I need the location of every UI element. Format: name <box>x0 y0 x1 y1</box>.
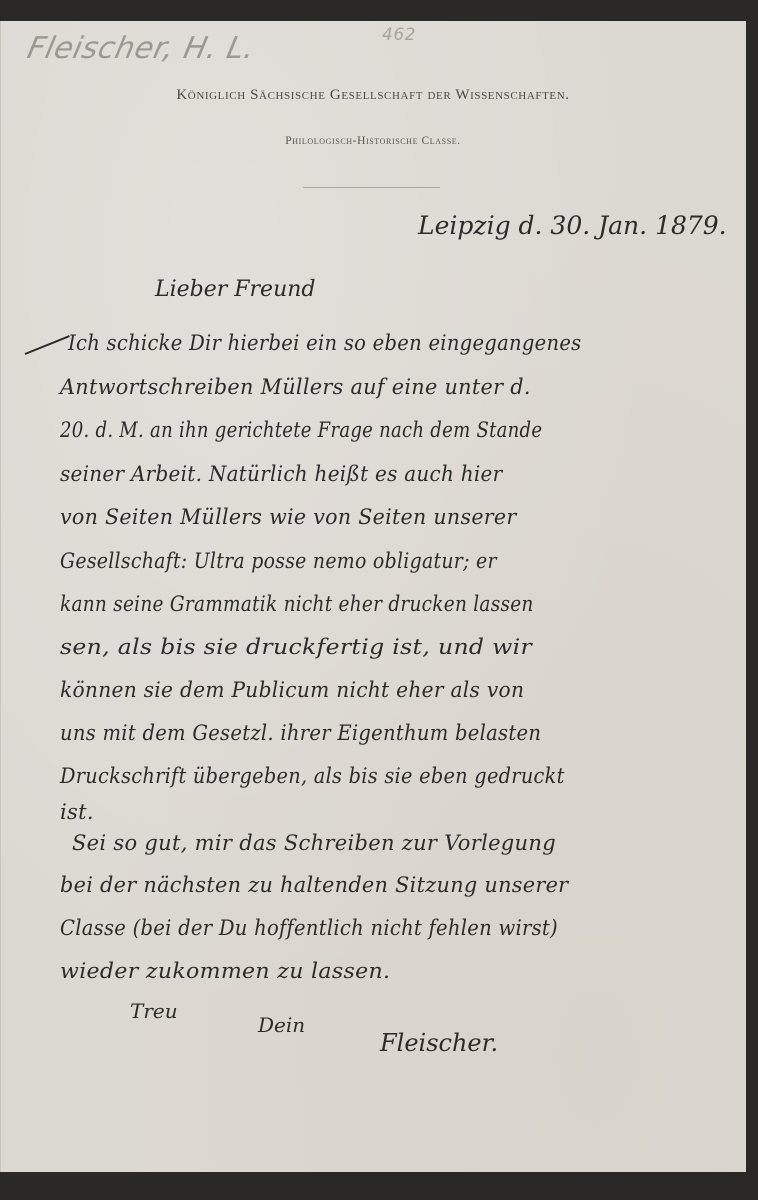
body-line: Sei so gut, mir das Schreiben zur Vorleg… <box>72 831 556 855</box>
body-line: Antwortschreiben Müllers auf eine unter … <box>60 375 531 399</box>
opening-flourish <box>25 335 70 355</box>
signature: Fleischer. <box>380 1029 498 1057</box>
salutation: Lieber Freund <box>155 277 316 302</box>
closing-treu: Treu <box>130 999 178 1023</box>
letter-page: Fleischer, H. L. 462 Königlich Sächsisch… <box>0 21 746 1172</box>
body-line: sen, als bis sie druckfertig ist, und wi… <box>60 635 532 659</box>
body-line: wieder zukommen zu lassen. <box>60 959 390 983</box>
body-line: Ich schicke Dir hierbei ein so eben eing… <box>68 331 581 355</box>
closing-dein: Dein <box>258 1013 305 1037</box>
body-line: von Seiten Müllers wie von Seiten unsere… <box>60 505 517 529</box>
archive-pencil-number: 462 <box>382 25 416 45</box>
body-line: kann seine Grammatik nicht eher drucken … <box>60 592 534 616</box>
date-line: Leipzig d. 30. Jan. 1879. <box>418 211 727 240</box>
body-line: seiner Arbeit. Natürlich heißt es auch h… <box>60 462 502 486</box>
letterhead-class: Philologisch-Historische Classe. <box>0 135 746 147</box>
archive-pencil-name: Fleischer, H. L. <box>24 31 258 66</box>
body-line: Gesellschaft: Ultra posse nemo obligatur… <box>60 549 497 573</box>
body-line: Druckschrift übergeben, als bis sie eben… <box>60 764 565 788</box>
body-line: Classe (bei der Du hoffentlich nicht feh… <box>60 916 558 940</box>
body-line: ist. <box>60 800 94 824</box>
body-line: können sie dem Publicum nicht eher als v… <box>60 678 524 702</box>
body-line: 20. d. M. an ihn gerichtete Frage nach d… <box>60 418 542 442</box>
body-line: bei der nächsten zu haltenden Sitzung un… <box>60 873 568 897</box>
letterhead-society: Königlich Sächsische Gesellschaft der Wi… <box>0 87 746 104</box>
body-line: uns mit dem Gesetzl. ihrer Eigenthum bel… <box>60 721 541 745</box>
letterhead-divider <box>303 187 440 188</box>
